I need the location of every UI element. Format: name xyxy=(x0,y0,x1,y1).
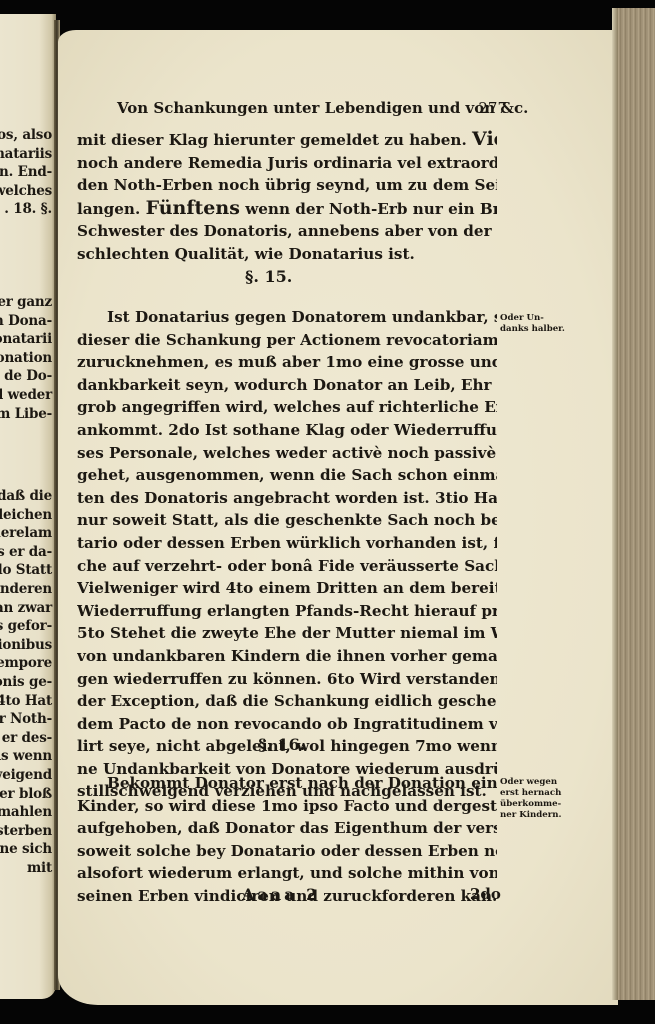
emphasis-word: Viertens xyxy=(472,128,497,150)
text-line: tario oder dessen Erben würklich vorhand… xyxy=(77,532,497,555)
text-line: schlechten Qualität, wie Donatarius ist. xyxy=(77,243,497,266)
left-page-line: Tempore xyxy=(0,654,52,673)
text-line: zurucknehmen, es muß aber 1mo eine gross… xyxy=(77,351,497,374)
left-page-line: er Noth- xyxy=(0,710,52,729)
text-line: ankommt. 2do Ist sothane Klag oder Wiede… xyxy=(77,419,497,442)
text-line: der Exception, daß die Schankung eidlich… xyxy=(77,690,497,713)
left-page-line: ohne sich xyxy=(0,840,52,859)
left-page-line: Kan zwar xyxy=(0,599,52,618)
text-line: nur soweit Statt, als die geschenkte Sac… xyxy=(77,509,497,532)
left-page-line: 2do Statt xyxy=(0,561,52,580)
text-line: gehet, ausgenommen, wenn die Sach schon … xyxy=(77,464,497,487)
text-line: dem Pacto de non revocando ob Ingratitud… xyxy=(77,713,497,736)
running-head-title: Von Schankungen unter Lebendigen und von… xyxy=(117,99,528,117)
left-page-line: m Libe- xyxy=(0,405,52,424)
left-page-line: rgleichen xyxy=(0,506,52,525)
left-page-line: rd weder xyxy=(0,386,52,405)
signature-mark: Aaaa 2 xyxy=(242,885,320,904)
text-line: che auf verzehrt- oder bonâ Fide veräuss… xyxy=(77,555,497,578)
left-page-line: aß er des- xyxy=(0,729,52,748)
left-page-line: ris gefor- xyxy=(0,617,52,636)
text-line: den Noth-Erben noch übrig seynd, um zu d… xyxy=(77,174,497,197)
left-page-line: n anderen xyxy=(0,580,52,599)
left-page: os, alsoonatariisn. End-, welches. 18. §… xyxy=(0,14,56,999)
margin-note-line: ner Kindern. xyxy=(500,810,561,821)
page-number: 277 xyxy=(478,99,507,117)
margin-note-line: danks halber. xyxy=(500,324,565,335)
left-page-line: mit xyxy=(27,859,52,878)
paragraph-section-15: Ist Donatarius gegen Donatorem undankbar… xyxy=(77,306,497,803)
left-page-line: hweigend xyxy=(0,766,52,785)
paragraph-continuation: mit dieser Klag hierunter gemeldet zu ha… xyxy=(77,128,497,266)
text-line: noch andere Remedia Juris ordinaria vel … xyxy=(77,152,497,175)
catchword: 2do xyxy=(470,885,501,903)
text-line: Kinder, so wird diese 1mo ipso Facto und… xyxy=(77,795,497,818)
section-heading-15: §. 15. xyxy=(245,267,292,286)
text-line: soweit solche bey Donatario oder dessen … xyxy=(77,840,497,863)
margin-note-line: überkomme- xyxy=(500,799,561,810)
left-page-line: , welches xyxy=(0,182,52,201)
left-page-line: tionis ge- xyxy=(0,673,52,692)
left-page-line: . 18. §. xyxy=(4,200,52,219)
left-page-line: n Dona- xyxy=(0,312,52,331)
left-page-line: Querelam xyxy=(0,524,52,543)
margin-note-16: Oder wegenerst hernachüberkomme-ner Kind… xyxy=(500,777,561,821)
left-page-line: als er da- xyxy=(0,543,52,562)
left-page-line: Absterben xyxy=(0,822,52,841)
text-line: Wiederruffung erlangten Pfands-Recht hie… xyxy=(77,600,497,623)
left-page-line: t, daß die xyxy=(0,487,52,506)
text-line: dankbarkeit seyn, wodurch Donator an Lei… xyxy=(77,374,497,397)
left-page-line: z der bloß xyxy=(0,785,52,804)
section-heading-16: §. 16. xyxy=(258,735,305,754)
text-line: Ist Donatarius gegen Donatorem undankbar… xyxy=(77,306,497,329)
page-fore-edge xyxy=(612,8,655,1000)
left-page-line: n. End- xyxy=(0,163,52,182)
text-line: 5to Stehet die zweyte Ehe der Mutter nie… xyxy=(77,622,497,645)
left-page-line: ationibus xyxy=(0,636,52,655)
left-page-line: der ganz xyxy=(0,293,52,312)
left-page-line: onation xyxy=(0,349,52,368)
text-line: dieser die Schankung per Actionem revoca… xyxy=(77,329,497,352)
left-page-line: ns wenn xyxy=(0,747,52,766)
text-line: langen. Fünftens wenn der Noth-Erb nur e… xyxy=(77,197,497,221)
text-line: aufgehoben, daß Donator das Eigenthum de… xyxy=(77,817,497,840)
text-line: gen wiederruffen zu können. 6to Wird ver… xyxy=(77,668,497,691)
running-head: Von Schankungen unter Lebendigen und von… xyxy=(117,99,497,117)
margin-note-15: Oder Un-danks halber. xyxy=(500,313,565,335)
text-line: mit dieser Klag hierunter gemeldet zu ha… xyxy=(77,128,497,152)
text-line: ten des Donatoris angebracht worden ist.… xyxy=(77,487,497,510)
emphasis-word: Fünftens xyxy=(146,197,240,219)
left-page-line: onatarii xyxy=(0,330,52,349)
margin-note-line: Oder Un- xyxy=(500,313,565,324)
left-page-line: rkmahlen xyxy=(0,803,52,822)
left-page-line: os, also xyxy=(0,126,52,145)
text-line: alsofort wiederum erlangt, und solche mi… xyxy=(77,862,497,885)
text-line: Vielweniger wird 4to einem Dritten an de… xyxy=(77,577,497,600)
margin-note-line: Oder wegen xyxy=(500,777,561,788)
left-page-line: 4to Hat xyxy=(0,692,52,711)
text-line: ses Personale, welches weder activè noch… xyxy=(77,442,497,465)
left-page-line: onatariis xyxy=(0,145,52,164)
text-line: Bekommt Donator erst nach der Donation e… xyxy=(77,772,497,795)
left-page-line: r de Do- xyxy=(0,367,52,386)
text-line: Schwester des Donatoris, annebens aber v… xyxy=(77,220,497,243)
text-line: von undankbaren Kindern die ihnen vorher… xyxy=(77,645,497,668)
margin-note-line: erst hernach xyxy=(500,788,561,799)
text-line: grob angegriffen wird, welches auf richt… xyxy=(77,396,497,419)
